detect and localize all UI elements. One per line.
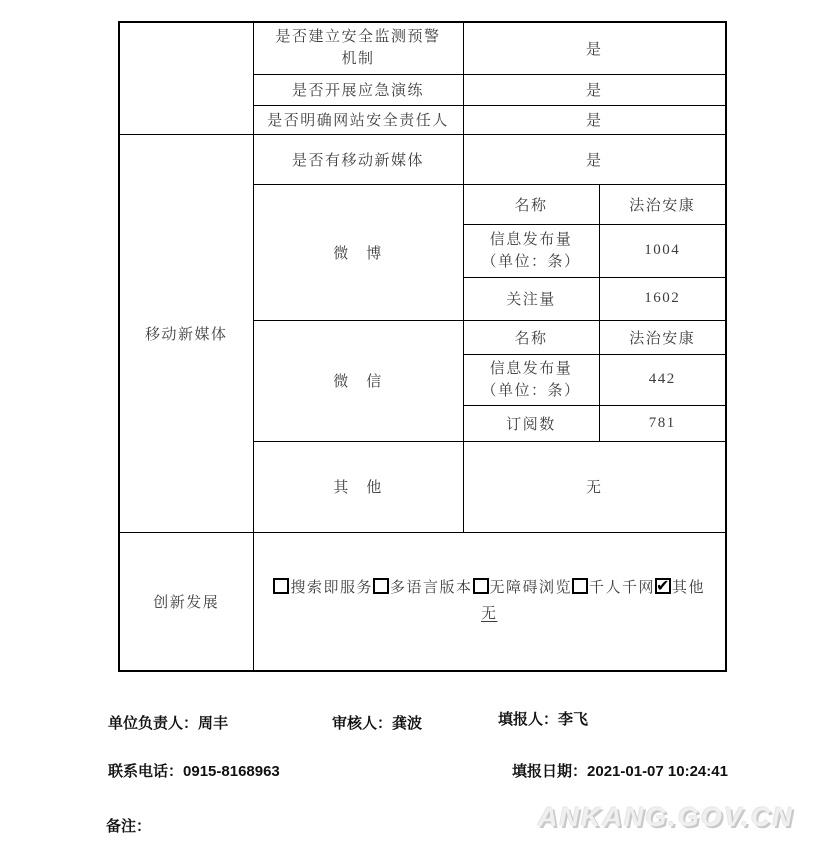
report-table-wrap: 是否建立安全监测预警 机制 是 是否开展应急演练 是 是否明确网站安全责任人 是… <box>118 21 727 672</box>
footer-phone-label: 联系电话： <box>108 763 183 780</box>
checkbox-label: 搜索即服务 <box>290 580 373 596</box>
checkbox-multilanguage[interactable] <box>373 578 389 594</box>
category-innovation: 创新发展 <box>119 532 253 671</box>
innovation-options-cell: 搜索即服务多语言版本无障碍浏览千人千网其他 无 <box>253 532 726 671</box>
label-has-mobile-media: 是否有移动新媒体 <box>253 134 463 184</box>
label-wechat-posts: 信息发布量 （单位：条） <box>463 354 599 405</box>
report-table: 是否建立安全监测预警 机制 是 是否开展应急演练 是 是否明确网站安全责任人 是… <box>118 21 727 672</box>
checkbox-search-service[interactable] <box>273 578 289 594</box>
innovation-other-line: 无 <box>258 601 722 627</box>
label-security-responsible: 是否明确网站安全责任人 <box>253 105 463 134</box>
footer-filler-value: 李飞 <box>558 711 588 728</box>
label-wechat-name: 名称 <box>463 320 599 354</box>
label-weibo-followers: 关注量 <box>463 277 599 320</box>
label-line: 是否建立安全监测预警 <box>258 26 459 48</box>
label-line: （单位：条） <box>468 251 595 273</box>
footer-filler-label: 填报人： <box>498 711 558 728</box>
label-weibo-name: 名称 <box>463 184 599 224</box>
table-row: 是否建立安全监测预警 机制 是 <box>119 22 726 74</box>
label-line: 机制 <box>258 48 459 70</box>
value-wechat-subscribers: 781 <box>599 405 726 441</box>
footer-filler: 填报人：李飞 <box>498 708 588 729</box>
checkbox-label: 多语言版本 <box>390 580 473 596</box>
value-emergency-drill: 是 <box>463 74 726 105</box>
footer-reviewer-value: 龚波 <box>392 715 422 732</box>
table-row: 创新发展 搜索即服务多语言版本无障碍浏览千人千网其他 无 <box>119 532 726 671</box>
footer-reviewer: 审核人：龚波 <box>332 712 422 733</box>
label-weibo-posts: 信息发布量 （单位：条） <box>463 224 599 277</box>
label-security-warning: 是否建立安全监测预警 机制 <box>253 22 463 74</box>
footer-responsible-label: 单位负责人： <box>108 715 198 732</box>
checkbox-label: 无障碍浏览 <box>490 580 573 596</box>
checkbox-label: 千人千网 <box>589 580 655 596</box>
value-weibo-name: 法治安康 <box>599 184 726 224</box>
category-cell-empty <box>119 22 253 134</box>
footer-reviewer-label: 审核人： <box>332 715 392 732</box>
label-line: 信息发布量 <box>468 229 595 251</box>
label-line: （单位：条） <box>468 380 595 402</box>
label-other-media: 其 他 <box>253 441 463 532</box>
table-row: 移动新媒体 是否有移动新媒体 是 <box>119 134 726 184</box>
footer-remark-label: 备注： <box>106 815 151 836</box>
checkbox-label: 其他 <box>672 580 705 596</box>
value-other-media: 无 <box>463 441 726 532</box>
value-security-responsible: 是 <box>463 105 726 134</box>
value-security-warning: 是 <box>463 22 726 74</box>
innovation-other-value: 无 <box>481 606 498 622</box>
footer-date-label: 填报日期： <box>512 763 587 780</box>
value-weibo-posts: 1004 <box>599 224 726 277</box>
category-mobile-media: 移动新媒体 <box>119 134 253 532</box>
checkbox-thousand-sites[interactable] <box>572 578 588 594</box>
footer-date-value: 2021-01-07 10:24:41 <box>587 763 728 780</box>
footer-phone: 联系电话：0915-8168963 <box>108 760 280 781</box>
checkbox-other[interactable] <box>655 578 671 594</box>
value-wechat-name: 法治安康 <box>599 320 726 354</box>
footer-date: 填报日期：2021-01-07 10:24:41 <box>512 760 728 781</box>
footer-phone-value: 0915-8168963 <box>183 763 280 780</box>
label-wechat: 微 信 <box>253 320 463 441</box>
value-has-mobile-media: 是 <box>463 134 726 184</box>
value-weibo-followers: 1602 <box>599 277 726 320</box>
checkbox-accessibility[interactable] <box>473 578 489 594</box>
report-page: 是否建立安全监测预警 机制 是 是否开展应急演练 是 是否明确网站安全责任人 是… <box>0 0 827 851</box>
label-weibo: 微 博 <box>253 184 463 320</box>
site-watermark: ANKANG.GOV.CN <box>538 802 794 833</box>
label-wechat-subscribers: 订阅数 <box>463 405 599 441</box>
innovation-checkbox-line: 搜索即服务多语言版本无障碍浏览千人千网其他 <box>258 575 722 601</box>
label-line: 信息发布量 <box>468 358 595 380</box>
footer-responsible-value: 周丰 <box>198 715 228 732</box>
value-wechat-posts: 442 <box>599 354 726 405</box>
label-emergency-drill: 是否开展应急演练 <box>253 74 463 105</box>
footer-responsible: 单位负责人：周丰 <box>108 712 228 733</box>
